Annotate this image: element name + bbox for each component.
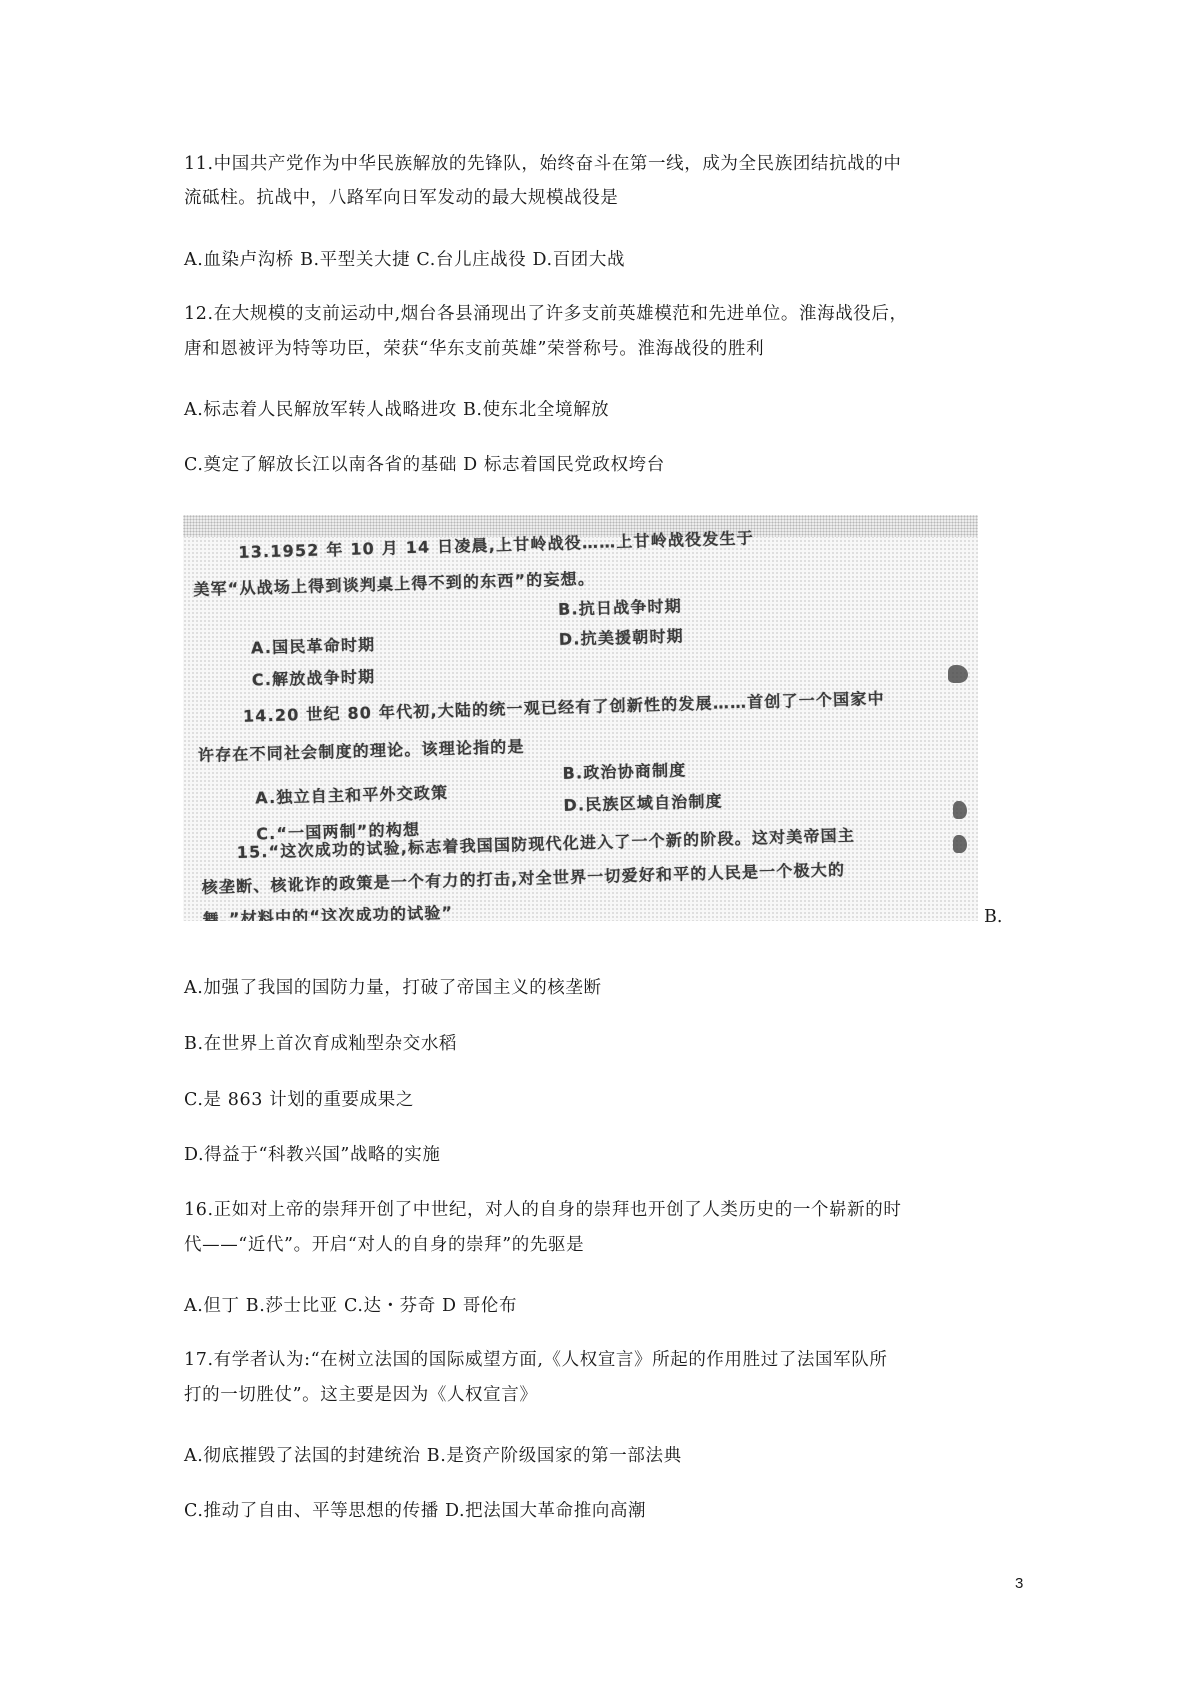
q11-options: A.血染卢沟桥 B.平型关大捷 C.台儿庄战役 D.百团大战 bbox=[184, 248, 625, 272]
ink-blot bbox=[953, 801, 967, 819]
q15-stem-line3: 舞。”材料中的“这次成功的试验” bbox=[202, 900, 453, 921]
scanned-question-image: 13.1952 年 10 月 14 日凌晨,上甘岭战役……上甘岭战役发生于 美军… bbox=[183, 515, 978, 921]
q13-stem-line1: 13.1952 年 10 月 14 日凌晨,上甘岭战役……上甘岭战役发生于 bbox=[238, 525, 754, 562]
q15-stem-line2: 核垄断、核讹诈的政策是一个有力的打击,对全世界一切爱好和平的人民是一个极大的 bbox=[201, 857, 845, 898]
q13-option-c: C.解放战争时期 bbox=[252, 664, 376, 690]
q12-options-line2: C.奠定了解放长江以南各省的基础 D 标志着国民党政权垮台 bbox=[184, 453, 665, 477]
q16-stem-line2: 代——“近代”。开启“对人的自身的崇拜”的先驱是 bbox=[184, 1233, 584, 1257]
q17-options-line1: A.彻底摧毁了法国的封建统治 B.是资产阶级国家的第一部法典 bbox=[184, 1444, 682, 1468]
q15-option-a: A.加强了我国的国防力量，打破了帝国主义的核垄断 bbox=[184, 976, 602, 1000]
q17-stem-line2: 打的一切胜仗”。这主要是因为《人权宣言》 bbox=[184, 1383, 537, 1407]
q14-stem-line1: 14.20 世纪 80 年代初,大陆的统一观已经有了创新性的发展……首创了一个国… bbox=[243, 686, 885, 727]
q15-option-c: C.是 863 计划的重要成果之 bbox=[184, 1088, 414, 1112]
q15-option-b: B.在世界上首次育成籼型杂交水稻 bbox=[184, 1032, 457, 1056]
q14-stem-line2: 许存在不同社会制度的理论。该理论指的是 bbox=[198, 734, 525, 766]
q14-option-a: A.独立自主和平外交政策 bbox=[255, 780, 449, 808]
page-number: 3 bbox=[1015, 1575, 1023, 1592]
q17-options-line2: C.推动了自由、平等思想的传播 D.把法国大革命推向高潮 bbox=[184, 1499, 646, 1523]
q13-option-d: D.抗美援朝时期 bbox=[559, 623, 685, 649]
q12-stem-line1: 12.在大规模的支前运动中,烟台各县涌现出了许多支前英雄模范和先进单位。淮海战役… bbox=[184, 302, 908, 326]
scan-content: 13.1952 年 10 月 14 日凌晨,上甘岭战役……上甘岭战役发生于 美军… bbox=[183, 515, 978, 921]
q13-option-b: B.抗日战争时期 bbox=[558, 593, 682, 619]
q11-stem-line2: 流砥柱。抗战中，八路军向日军发动的最大规模战役是 bbox=[184, 186, 618, 210]
q15-trailing-label: B. bbox=[984, 907, 1002, 927]
q12-stem-line2: 唐和恩被评为特等功臣，荣获“华东支前英雄”荣誉称号。淮海战役的胜利 bbox=[184, 337, 764, 361]
q13-stem-line2: 美军“从战场上得到谈判桌上得不到的东西”的妄想。 bbox=[193, 566, 595, 600]
q14-option-b: B.政治协商制度 bbox=[562, 757, 686, 783]
ink-blot bbox=[948, 665, 968, 683]
q14-option-d: D.民族区域自治制度 bbox=[563, 788, 723, 815]
q16-options: A.但丁 B.莎士比亚 C.达・芬奇 D 哥伦布 bbox=[184, 1294, 517, 1318]
q17-stem-line1: 17.有学者认为:“在树立法国的国际威望方面,《人权宣言》所起的作用胜过了法国军… bbox=[184, 1348, 887, 1372]
q12-options-line1: A.标志着人民解放军转人战略进攻 B.使东北全境解放 bbox=[184, 398, 609, 422]
q11-stem-line1: 11.中国共产党作为中华民族解放的先锋队，始终奋斗在第一线，成为全民族团结抗战的… bbox=[184, 152, 901, 176]
q15-option-d: D.得益于“科教兴国”战略的实施 bbox=[184, 1143, 440, 1167]
q16-stem-line1: 16.正如对上帝的崇拜开创了中世纪，对人的自身的崇拜也开创了人类历史的一个崭新的… bbox=[184, 1198, 901, 1222]
q13-option-a: A.国民革命时期 bbox=[251, 632, 376, 658]
ink-blot bbox=[953, 835, 967, 853]
document-page: 11.中国共产党作为中华民族解放的先锋队，始终奋斗在第一线，成为全民族团结抗战的… bbox=[0, 0, 1200, 1698]
